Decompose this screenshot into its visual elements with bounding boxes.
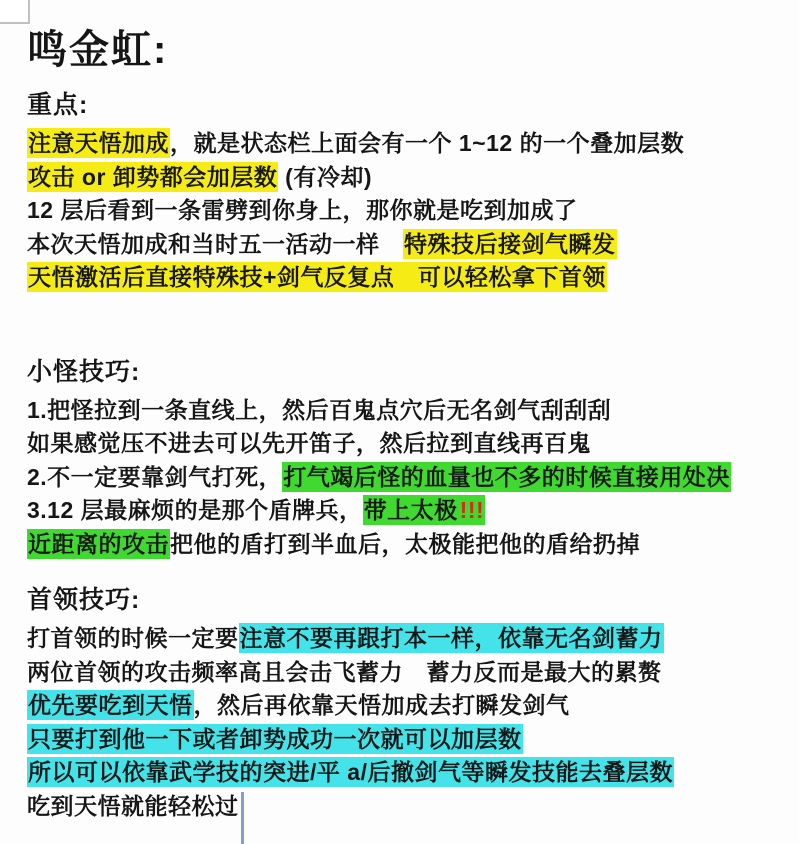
section-heading: 小怪技巧:: [27, 357, 772, 387]
plain-text: 2.不一定要靠剑气打死，: [27, 464, 282, 490]
highlighted-text: 注意天悟加成: [27, 128, 170, 158]
plain-text: 两位首领的攻击频率高且会击飞蓄力 蓄力反而是最大的累赘: [27, 659, 662, 685]
highlighted-text: 只要打到他一下或者卸势成功一次就可以加层数: [27, 724, 523, 754]
text-line[interactable]: 如果感觉压不进去可以先开笛子，然后拉到直线再百鬼: [27, 427, 772, 461]
highlighted-text: 优先要吃到天悟: [27, 690, 194, 720]
highlighted-text: 打气竭后怪的血量也不多的时候直接用处决: [282, 462, 731, 492]
text-line[interactable]: 所以可以依靠武学技的突进/平 a/后撤剑气等瞬发技能去叠层数: [27, 756, 772, 790]
text-line[interactable]: 只要打到他一下或者卸势成功一次就可以加层数: [27, 723, 772, 757]
text-line[interactable]: 优先要吃到天悟，然后再依靠天悟加成去打瞬发剑气: [27, 689, 772, 723]
plain-text: ，就是状态栏上面会有一个 1~12 的一个叠加层数: [170, 130, 684, 156]
text-line[interactable]: 3.12 层最麻烦的是那个盾牌兵，带上太极!!!: [27, 494, 772, 528]
plain-text: 1.把怪拉到一条直线上，然后百鬼点穴后无名剑气刮刮刮: [27, 397, 611, 423]
section: 首领技巧:打首领的时候一定要注意不要再跟打本一样，依靠无名剑蓄力两位首领的攻击频…: [27, 585, 772, 842]
text-line[interactable]: 2.不一定要靠剑气打死，打气竭后怪的血量也不多的时候直接用处决: [27, 461, 772, 495]
plain-text: 3.12 层最麻烦的是那个盾牌兵，: [27, 497, 363, 523]
highlighted-text: 注意不要再跟打本一样，依靠无名剑蓄力: [239, 623, 664, 653]
text-line[interactable]: 12 层后看到一条雷劈到你身上，那你就是吃到加成了: [27, 194, 772, 228]
plain-text: 12 层后看到一条雷劈到你身上，那你就是吃到加成了: [27, 197, 577, 223]
highlighted-text: 天悟激活后直接特殊技+剑气反复点 可以轻松拿下首领: [27, 262, 607, 292]
plain-text: (有冷却): [278, 164, 372, 190]
plain-text: 把他的盾打到半血后，太极能把他的盾给扔掉: [170, 531, 640, 557]
highlighted-text: !!!: [459, 495, 485, 525]
highlighted-text: 特殊技后接剑气瞬发: [403, 229, 617, 259]
highlighted-text: 带上太极: [363, 495, 459, 525]
section: 小怪技巧:1.把怪拉到一条直线上，然后百鬼点穴后无名剑气刮刮刮如果感觉压不进去可…: [27, 357, 772, 562]
highlighted-text: 所以可以依靠武学技的突进/平 a/后撤剑气等瞬发技能去叠层数: [27, 757, 674, 787]
section: 重点:注意天悟加成，就是状态栏上面会有一个 1~12 的一个叠加层数攻击 or …: [27, 90, 772, 295]
text-line[interactable]: 1.把怪拉到一条直线上，然后百鬼点穴后无名剑气刮刮刮: [27, 394, 772, 428]
text-line[interactable]: 攻击 or 卸势都会加层数 (有冷却): [27, 161, 772, 195]
plain-text: 吃到天悟就能轻松过: [27, 793, 239, 819]
document-body[interactable]: 鸣金虹: 重点:注意天悟加成，就是状态栏上面会有一个 1~12 的一个叠加层数攻…: [27, 26, 772, 842]
section-heading: 重点:: [27, 90, 772, 120]
text-caret: [241, 792, 244, 844]
section-heading: 首领技巧:: [27, 585, 772, 615]
page-corner-border: [0, 0, 30, 24]
document-title: 鸣金虹:: [27, 26, 772, 74]
plain-text: 如果感觉压不进去可以先开笛子，然后拉到直线再百鬼: [27, 430, 591, 456]
plain-text: 本次天悟加成和当时五一活动一样: [27, 231, 403, 257]
text-line[interactable]: 吃到天悟就能轻松过: [27, 790, 772, 842]
text-line[interactable]: 注意天悟加成，就是状态栏上面会有一个 1~12 的一个叠加层数: [27, 127, 772, 161]
text-line[interactable]: 本次天悟加成和当时五一活动一样 特殊技后接剑气瞬发: [27, 228, 772, 262]
highlighted-text: 攻击 or 卸势都会加层数: [27, 162, 278, 192]
text-line[interactable]: 打首领的时候一定要注意不要再跟打本一样，依靠无名剑蓄力: [27, 622, 772, 656]
text-line[interactable]: 近距离的攻击把他的盾打到半血后，太极能把他的盾给扔掉: [27, 528, 772, 562]
highlighted-text: 近距离的攻击: [27, 529, 170, 559]
text-line[interactable]: 天悟激活后直接特殊技+剑气反复点 可以轻松拿下首领: [27, 261, 772, 295]
plain-text: ，然后再依靠天悟加成去打瞬发剑气: [194, 692, 570, 718]
text-line[interactable]: 两位首领的攻击频率高且会击飞蓄力 蓄力反而是最大的累赘: [27, 656, 772, 690]
plain-text: 打首领的时候一定要: [27, 625, 239, 651]
